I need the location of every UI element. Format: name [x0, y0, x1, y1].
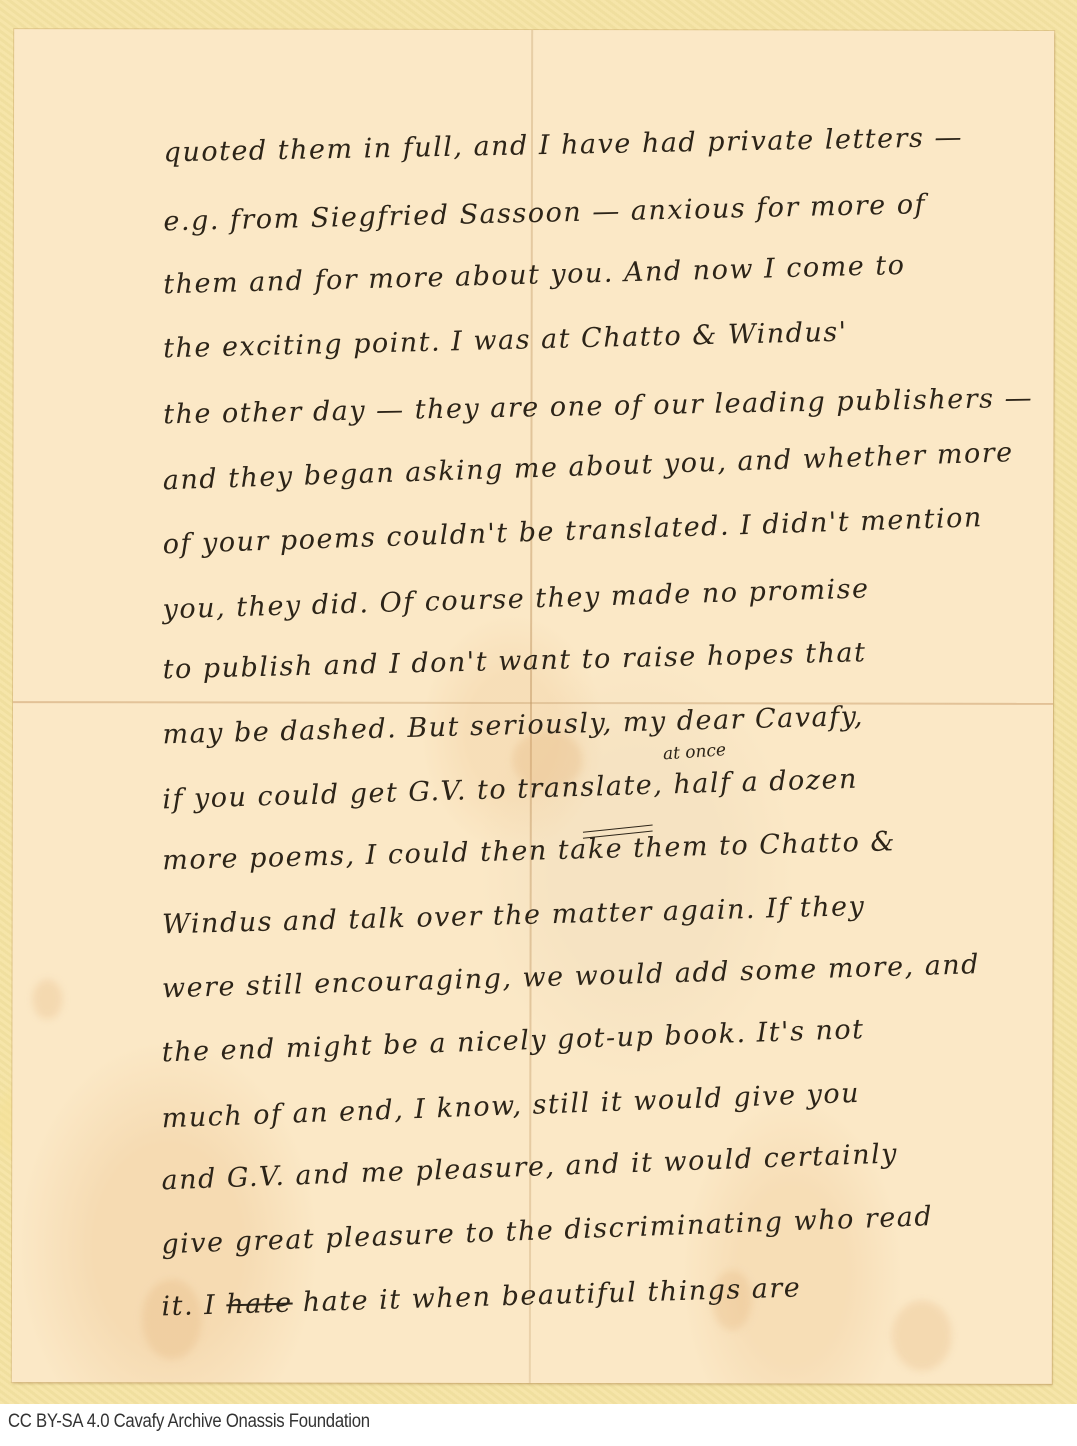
- license-caption: CC BY-SA 4.0 Cavafy Archive Onassis Foun…: [8, 1411, 370, 1433]
- letter-line-7: of your poems couldn't be translated. I …: [162, 502, 983, 560]
- scan-background: quoted them in full, and I have had priv…: [0, 0, 1077, 1404]
- letter-line-15: the end might be a nicely got-up book. I…: [161, 1014, 865, 1068]
- letter-line-2: e.g. from Siegfried Sassoon — anxious fo…: [163, 189, 926, 237]
- letter-line-4: the exciting point. I was at Chatto & Wi…: [163, 317, 848, 365]
- struck-word: hate: [226, 1287, 293, 1320]
- letter-line-1: quoted them in full, and I have had priv…: [163, 122, 963, 168]
- letter-line-18: give great pleasure to the discriminatin…: [161, 1201, 934, 1260]
- letter-line-11: if you could get G.V. to translate, half…: [162, 764, 858, 816]
- letter-line-19: it. I hate hate it when beautiful things…: [161, 1272, 802, 1322]
- insertion-at-once: at once: [662, 740, 726, 764]
- letter-page: quoted them in full, and I have had priv…: [12, 29, 1054, 1384]
- letter-line-9: to publish and I don't want to raise hop…: [162, 637, 866, 685]
- letter-line-5: the other day — they are one of our lead…: [163, 383, 1033, 431]
- letter-line-10: may be dashed. But seriously, my dear Ca…: [162, 701, 864, 750]
- letter-line-13: Windus and talk over the matter again. I…: [162, 891, 866, 940]
- letter-line-6: and they began asking me about you, and …: [162, 437, 1014, 496]
- foxing-stain: [32, 979, 62, 1019]
- line-19-start: it. I: [161, 1290, 217, 1323]
- foxing-stain: [892, 1301, 952, 1371]
- letter-line-3: them and for more about you. And now I c…: [163, 250, 906, 300]
- horizontal-fold-line: [13, 701, 1053, 705]
- letter-line-16: much of an end, I know, still it would g…: [161, 1078, 860, 1135]
- letter-line-8: you, they did. Of course they made no pr…: [162, 573, 870, 625]
- letter-line-14: were still encouraging, we would add som…: [162, 949, 981, 1004]
